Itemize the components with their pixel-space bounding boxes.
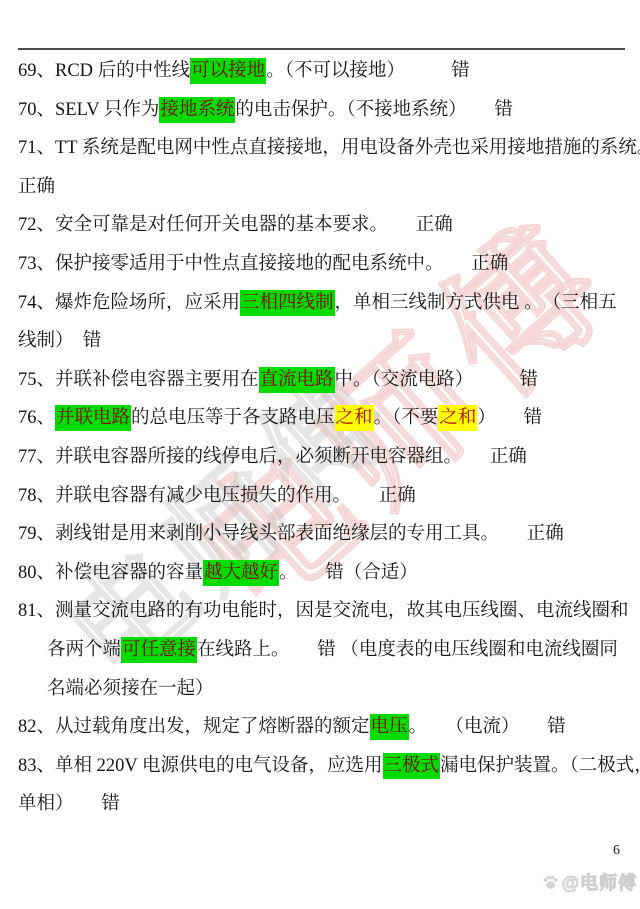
footer-watermark: @电师傅 xyxy=(542,869,637,895)
text-segment: 正确 xyxy=(18,177,55,197)
text-segment: ，单相三线制方式供电 。 （三相五 xyxy=(335,293,617,313)
question-line-76: 76、并联电路的总电压等于各支路电压之和。（不要之和） 错 xyxy=(18,399,633,438)
highlight-green: 直流电路 xyxy=(259,367,335,393)
question-line-75: 75、并联补偿电容器主要用在直流电路中。（交流电路） 错 xyxy=(18,361,633,400)
question-line-73: 73、保护接零适用于中性点直接接地的配电系统中。 正确 xyxy=(18,245,633,284)
question-line-71: 71、TT 系统是配电网中性点直接接地，用电设备外壳也采用接地措施的系统。 xyxy=(18,129,633,168)
question-line-79: 79、剥线钳是用来剥削小导线头部表面绝缘层的专用工具。 正确 xyxy=(18,515,633,554)
question-line-81: 各两个端可任意接在线路上。 错 （电度表的电压线圈和电流线圈同 xyxy=(18,631,633,670)
text-segment: 漏电保护装置。（二极式， xyxy=(440,756,640,776)
text-segment: 的电击保护。（不接地系统） 错 xyxy=(235,100,513,120)
question-line-71: 正确 xyxy=(18,168,633,207)
text-segment: 82、从过载角度出发，规定了熔断器的额定 xyxy=(18,717,370,737)
page-number: 6 xyxy=(613,843,620,859)
text-segment: 79、剥线钳是用来剥削小导线头部表面绝缘层的专用工具。 正确 xyxy=(18,524,564,544)
question-line-83: 83、单相 220V 电源供电的电气设备，应选用三极式漏电保护装置。（二极式， xyxy=(18,747,633,786)
question-line-74: 线制） 错 xyxy=(18,322,633,361)
questions: 69、RCD 后的中性线可以接地。（不可以接地） 错70、SELV 只作为接地系… xyxy=(18,52,633,824)
text-segment: 单相） 错 xyxy=(18,794,120,814)
text-segment: 的总电压等于各支路电压 xyxy=(131,408,335,428)
text-segment: 各两个端 xyxy=(47,640,121,660)
question-line-78: 78、并联电容器有减少电压损失的作用。 正确 xyxy=(18,477,633,516)
text-segment: 名端必须接在一起） xyxy=(47,679,214,699)
text-segment: 70、SELV 只作为 xyxy=(18,100,159,120)
text-segment: ） 错 xyxy=(477,408,542,428)
question-line-81: 名端必须接在一起） xyxy=(18,670,633,709)
highlight-green: 接地系统 xyxy=(159,97,235,123)
highlight-green: 电压 xyxy=(370,714,409,740)
highlight-green: 可以接地 xyxy=(190,58,266,84)
text-segment: 73、保护接零适用于中性点直接接地的配电系统中。 正确 xyxy=(18,254,508,274)
text-segment: 。 错（合适） xyxy=(279,563,418,583)
highlight-green: 越大越好 xyxy=(203,560,279,586)
text-segment: 83、单相 220V 电源供电的电气设备，应选用 xyxy=(18,756,383,776)
text-segment: 77、并联电容器所接的线停电后，必须断开电容器组。 正确 xyxy=(18,447,527,467)
footer-watermark-text: @电师傅 xyxy=(561,869,637,895)
text-segment: 81、测量交流电路的有功电能时，因是交流电，故其电压线圈、电流线圈和 xyxy=(18,601,629,621)
highlight-green: 三极式 xyxy=(383,753,441,779)
text-segment: 72、安全可靠是对任何开关电器的基本要求。 正确 xyxy=(18,215,453,235)
text-segment: 71、TT 系统是配电网中性点直接接地，用电设备外壳也采用接地措施的系统。 xyxy=(18,138,640,158)
text-segment: 78、并联电容器有减少电压损失的作用。 正确 xyxy=(18,486,416,506)
text-segment: 。（不可以接地） 错 xyxy=(266,61,470,81)
question-line-81: 81、测量交流电路的有功电能时，因是交流电，故其电压线圈、电流线圈和 xyxy=(18,592,633,631)
highlight-green: 三相四线制 xyxy=(240,290,335,316)
question-line-70: 70、SELV 只作为接地系统的电击保护。（不接地系统） 错 xyxy=(18,91,633,130)
highlight-green: 可任意接 xyxy=(121,637,197,663)
text-segment: 在线路上。 错 （电度表的电压线圈和电流线圈同 xyxy=(197,640,618,660)
text-segment: 76、 xyxy=(18,408,55,428)
question-line-82: 82、从过载角度出发，规定了熔断器的额定电压。 （电流） 错 xyxy=(18,708,633,747)
text-segment: 74、爆炸危险场所，应采用 xyxy=(18,293,240,313)
question-line-83: 单相） 错 xyxy=(18,785,633,824)
paw-icon xyxy=(542,874,559,891)
question-line-77: 77、并联电容器所接的线停电后，必须断开电容器组。 正确 xyxy=(18,438,633,477)
text-segment: 。 （电流） 错 xyxy=(409,717,566,737)
text-segment: 69、RCD 后的中性线 xyxy=(18,61,190,81)
text-segment: 。（不要 xyxy=(374,408,439,428)
text-segment: 75、并联补偿电容器主要用在 xyxy=(18,370,259,390)
question-line-69: 69、RCD 后的中性线可以接地。（不可以接地） 错 xyxy=(18,52,633,91)
text-segment: 线制） 错 xyxy=(18,331,101,351)
question-line-74: 74、爆炸危险场所，应采用三相四线制，单相三线制方式供电 。 （三相五 xyxy=(18,284,633,323)
text-segment: 中。（交流电路） 错 xyxy=(335,370,539,390)
highlight-green: 并联电路 xyxy=(55,405,131,431)
text-segment: 80、补偿电容器的容量 xyxy=(18,563,203,583)
header-rule xyxy=(18,48,625,50)
highlight-yellow: 之和 xyxy=(438,405,477,431)
highlight-yellow: 之和 xyxy=(335,405,374,431)
document-page: 电师傅 电师傅 69、RCD 后的中性线可以接地。（不可以接地） 错70、SEL… xyxy=(0,0,640,909)
question-line-80: 80、补偿电容器的容量越大越好。 错（合适） xyxy=(18,554,633,593)
question-line-72: 72、安全可靠是对任何开关电器的基本要求。 正确 xyxy=(18,206,633,245)
